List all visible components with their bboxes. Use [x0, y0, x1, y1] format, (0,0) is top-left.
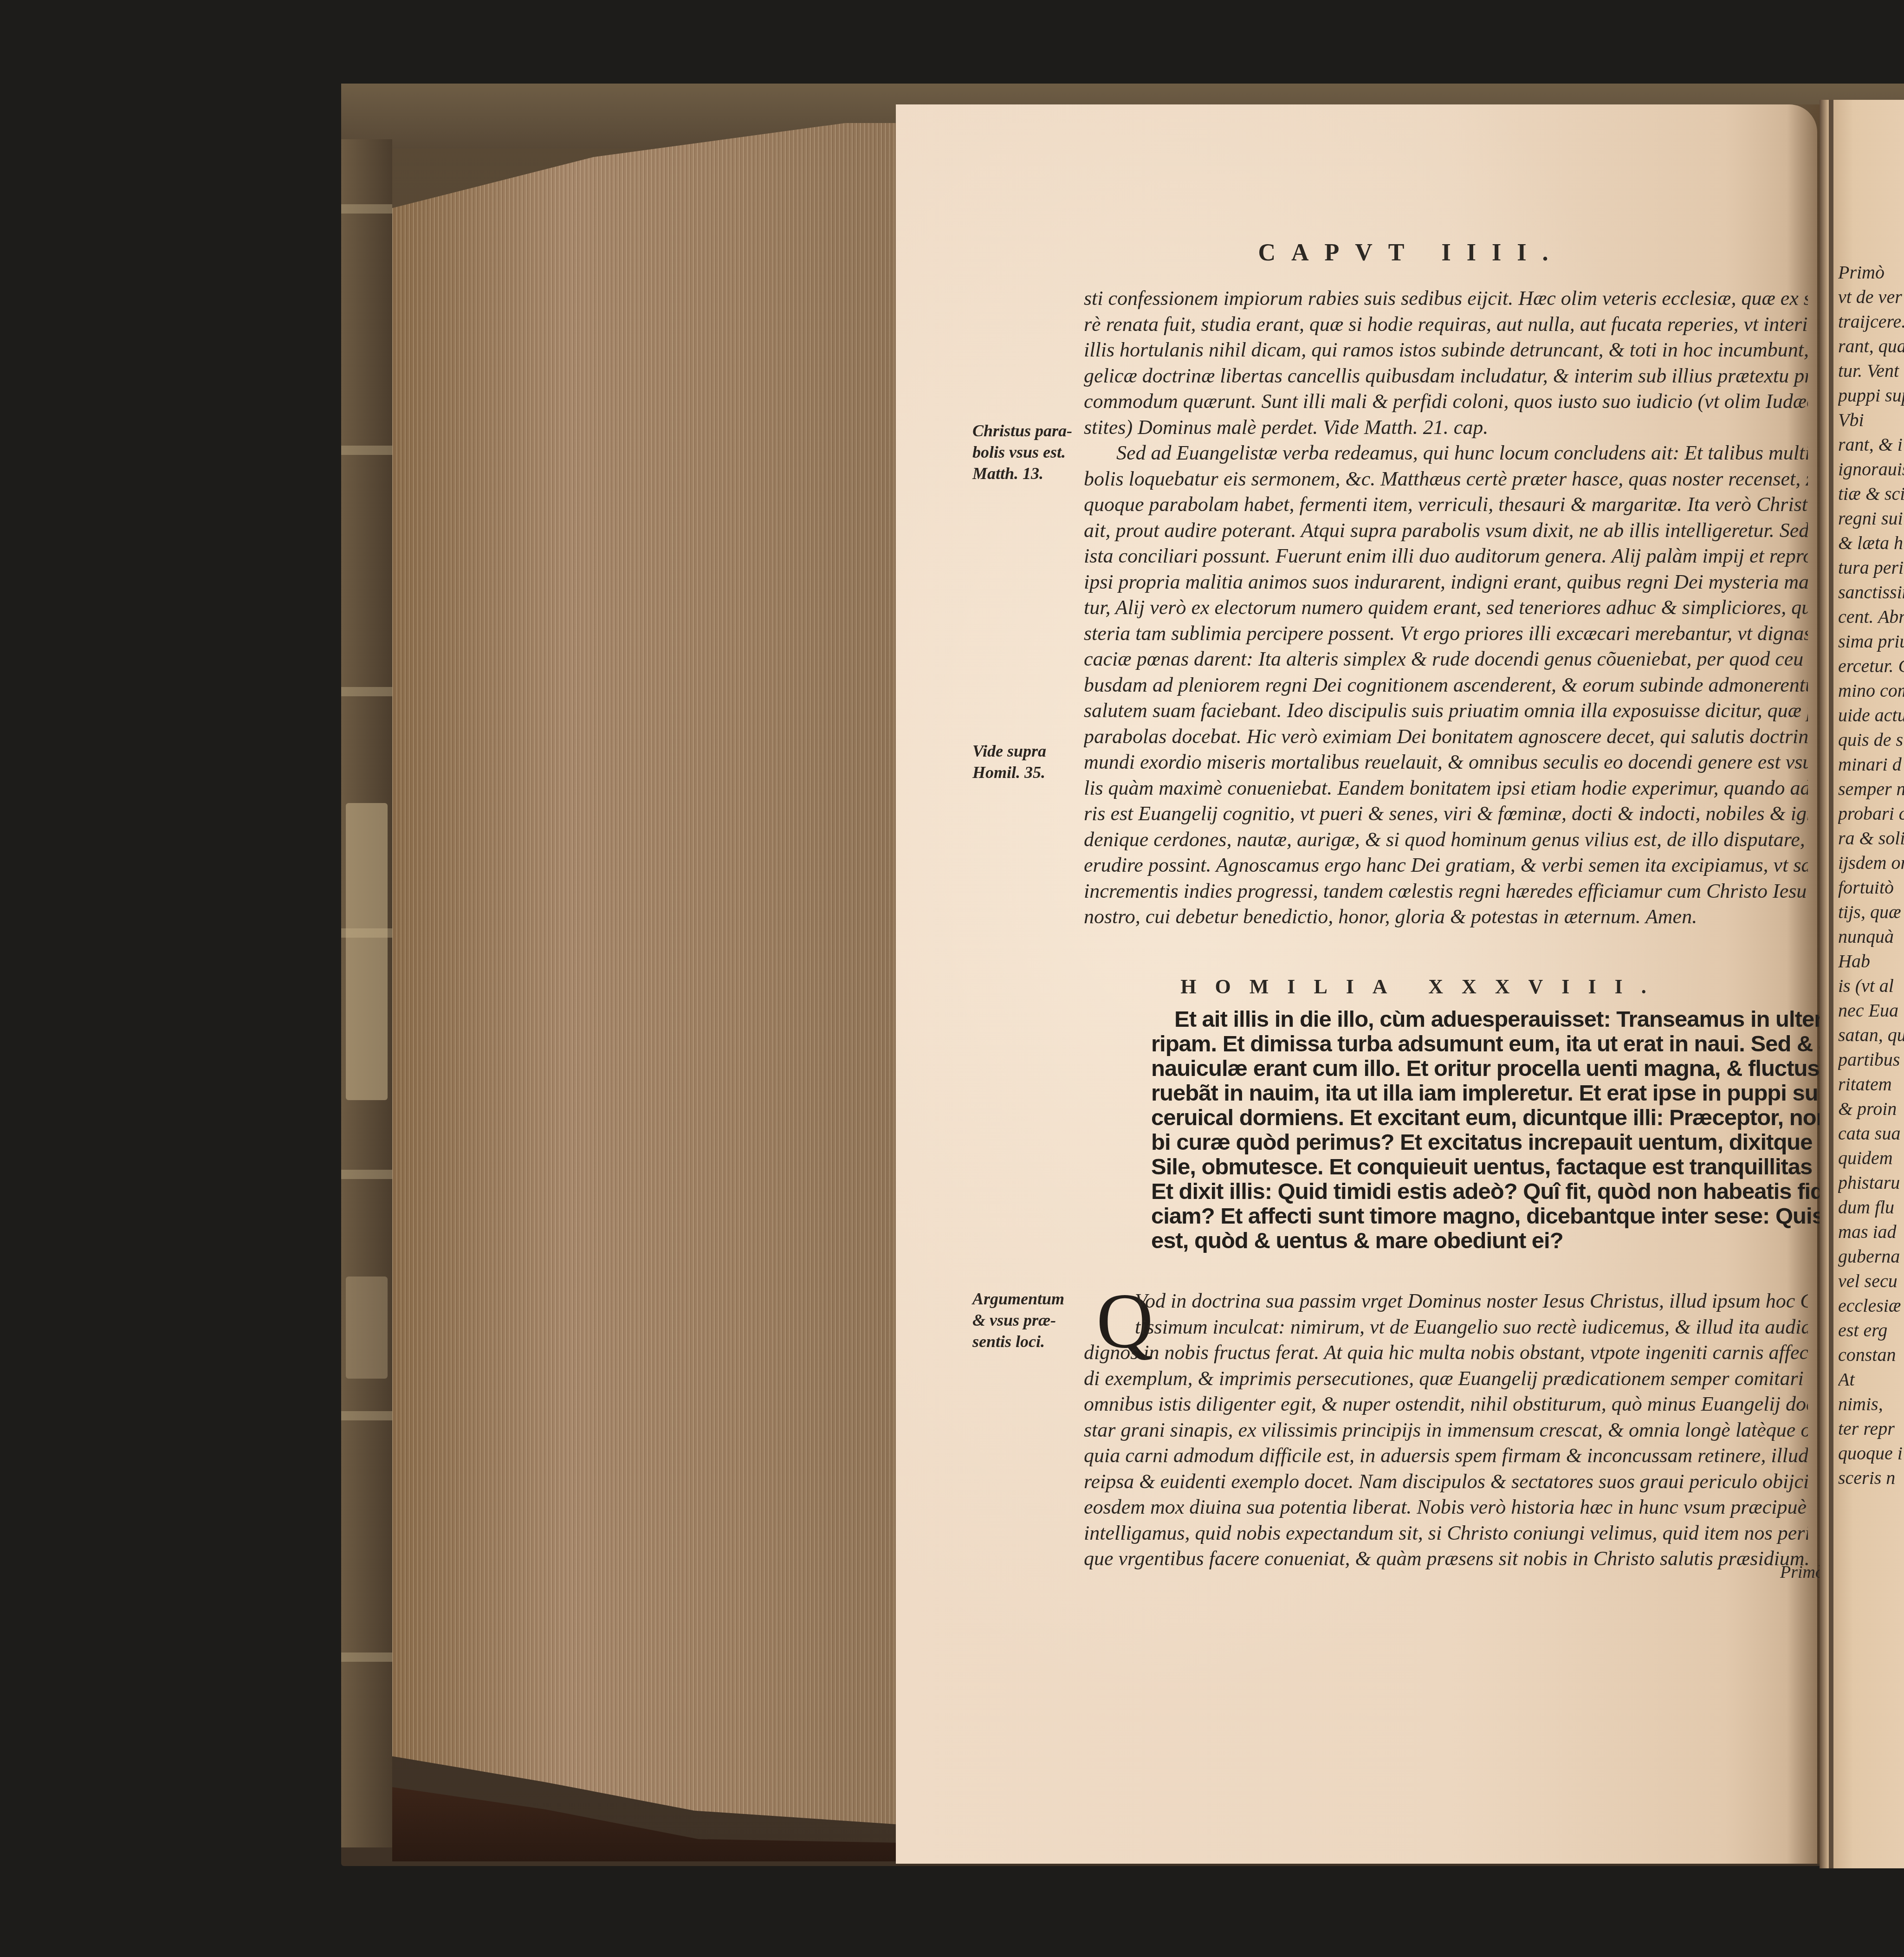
text-line: stites) Dominus malè perdet. Vide Matth.…: [1084, 415, 1808, 441]
worn-leather-patch: [346, 1277, 388, 1379]
facing-page-line: minari d: [1838, 752, 1904, 777]
facing-page-line: & proin: [1838, 1096, 1904, 1121]
facing-page-line: rant, & i: [1838, 432, 1904, 457]
facing-page-line: partibus: [1838, 1047, 1904, 1072]
facing-page-line: rant, qua: [1838, 334, 1904, 358]
facing-page-line: cata sua: [1838, 1121, 1904, 1146]
running-header: CAPVT IIII.: [1133, 239, 1690, 266]
scripture-line: ceruical dormiens. Et excitant eum, dicu…: [1151, 1106, 1801, 1130]
margin-note-argumentum: Argumentum & vsus præ- sentis loci.: [972, 1288, 1079, 1352]
facing-page-line: probari c: [1838, 801, 1904, 826]
facing-page-line: est erg: [1838, 1318, 1904, 1342]
facing-page-line: tiæ & sci: [1838, 481, 1904, 506]
text-line: dignos in nobis fructus ferat. At quia h…: [1084, 1340, 1808, 1366]
facing-page-line: sima priu: [1838, 629, 1904, 654]
text-line: lis quàm maximè conueniebat. Eandem boni…: [1084, 775, 1808, 801]
facing-page-line: ijsdem or: [1838, 850, 1904, 875]
scripture-line: ruebãt in nauim, ita ut illa iam implere…: [1151, 1081, 1801, 1106]
homily-title: HOMILIA XXXVIII.: [1133, 975, 1713, 998]
text-line: erudire possint. Agnoscamus ergo hanc De…: [1084, 852, 1808, 878]
facing-page-line: ignorauis: [1838, 457, 1904, 481]
page-stack-fore-edge: [392, 123, 896, 1824]
facing-page-line: sceris n: [1838, 1465, 1904, 1490]
margin-note-vide-supra: Vide supra Homil. 35.: [972, 740, 1079, 783]
text-line: parabolas docebat. Hic verò eximiam Dei …: [1084, 724, 1808, 750]
facing-page-line: vt de ver: [1838, 285, 1904, 309]
text-line: commodum quærunt. Sunt illi mali & perfi…: [1084, 389, 1808, 415]
scripture-line: est, quòd & uentus & mare obediunt ei?: [1151, 1229, 1801, 1253]
text-line: quia carni admodum difficile est, in adu…: [1084, 1443, 1808, 1469]
text-line: sti confessionem impiorum rabies suis se…: [1084, 285, 1808, 311]
facing-page-line: satan, qu: [1838, 1023, 1904, 1047]
text-line: illis hortulanis nihil dicam, qui ramos …: [1084, 337, 1808, 363]
text-line: rè renata fuit, studia erant, quæ si hod…: [1084, 311, 1808, 337]
text-line: star grani sinapis, ex vilissimis princi…: [1084, 1417, 1808, 1443]
second-paragraph: Sed ad Euangelistæ verba redeamus, qui h…: [1084, 440, 1808, 930]
margin-note-line: Matth. 13.: [972, 463, 1079, 484]
facing-page-line: mino com: [1838, 678, 1904, 703]
facing-page-line: quoque i: [1838, 1441, 1904, 1465]
facing-page-line: cent. Abr: [1838, 604, 1904, 629]
facing-page-line: semper n: [1838, 777, 1904, 801]
text-line: ista conciliari possunt. Fuerunt enim il…: [1084, 543, 1808, 569]
margin-note-line: Homil. 35.: [972, 762, 1079, 783]
text-line: omnibus istis diligenter egit, & nuper o…: [1084, 1391, 1808, 1417]
facing-page-text: Primòvt de vertraijcere.rant, quatur. Ve…: [1838, 260, 1904, 1490]
scripture-line: ripam. Et dimissa turba adsumunt eum, it…: [1151, 1032, 1801, 1056]
scripture-line: bi curæ quòd perimus? Et excitatus incre…: [1151, 1130, 1801, 1155]
facing-page-line: traijcere.: [1838, 309, 1904, 334]
scripture-line: Sile, obmutesce. Et conquieuit uentus, f…: [1151, 1155, 1801, 1179]
facing-page-line: ra & soli: [1838, 826, 1904, 850]
facing-page-line: ecclesiæ: [1838, 1293, 1904, 1318]
facing-page-line: ritatem: [1838, 1072, 1904, 1096]
scripture-line: nauiculæ erant cum illo. Et oritur proce…: [1151, 1056, 1801, 1081]
scripture-line: Et ait illis in die illo, cùm aduesperau…: [1151, 1007, 1801, 1032]
facing-page-line: At: [1838, 1367, 1904, 1392]
text-line: Sed ad Euangelistæ verba redeamus, qui h…: [1084, 440, 1808, 466]
text-line: que vrgentibus facere conueniat, & quàm …: [1084, 1546, 1808, 1572]
facing-page-line: sanctissim: [1838, 580, 1904, 604]
text-line: mundi exordio miseris mortalibus reuelau…: [1084, 749, 1808, 775]
facing-page-line: tijs, quæ: [1838, 900, 1904, 924]
facing-page-line: constan: [1838, 1342, 1904, 1367]
text-line: caciæ pœnas darent: Ita alteris simplex …: [1084, 646, 1808, 672]
facing-page-line: & læta h: [1838, 531, 1904, 555]
text-line: nostro, cui debetur benedictio, honor, g…: [1084, 904, 1808, 930]
margin-note-line: & vsus præ-: [972, 1309, 1079, 1331]
text-line: Vod in doctrina sua passim vrget Dominus…: [1084, 1288, 1808, 1314]
text-line: quoque parabolam habet, fermenti item, v…: [1084, 492, 1808, 518]
cover-spine-edge: [341, 139, 392, 1847]
scripture-line: Et dixit illis: Quid timidi estis adeò? …: [1151, 1179, 1801, 1204]
text-line: ris est Euangelij cognitio, vt pueri & s…: [1084, 801, 1808, 827]
text-line: ait, prout audire poterant. Atqui supra …: [1084, 518, 1808, 544]
text-line: reipsa & euidenti exemplo docet. Nam dis…: [1084, 1469, 1808, 1495]
facing-page-line: Vbi: [1838, 408, 1904, 432]
text-line: di exemplum, & imprimis persecutiones, q…: [1084, 1366, 1808, 1392]
text-line: salutem suam faciebant. Ideo discipulis …: [1084, 698, 1808, 724]
margin-note-line: Christus para-: [972, 420, 1079, 441]
facing-page-line: Primò: [1838, 260, 1904, 285]
facing-page-line: phistaru: [1838, 1170, 1904, 1195]
margin-note-line: bolis vsus est.: [972, 441, 1079, 463]
facing-page-line: guberna: [1838, 1244, 1904, 1269]
text-line: ipsi propria malitia animos suos indurar…: [1084, 569, 1808, 595]
facing-page-line: puppi sup: [1838, 383, 1904, 408]
text-line: eosdem mox diuina sua potentia liberat. …: [1084, 1494, 1808, 1520]
facing-page-line: ter repr: [1838, 1416, 1904, 1441]
text-line: gelicæ doctrinæ libertas cancellis quibu…: [1084, 363, 1808, 389]
facing-page-line: nunquà: [1838, 924, 1904, 949]
text-line: intelligamus, quid nobis expectandum sit…: [1084, 1520, 1808, 1546]
text-line: tur, Alij verò ex electorum numero quide…: [1084, 595, 1808, 621]
text-line: incrementis indies progressi, tandem cœl…: [1084, 878, 1808, 904]
margin-note-line: sentis loci.: [972, 1331, 1079, 1352]
facing-page-crease: [1829, 100, 1833, 1868]
top-paragraph: sti confessionem impiorum rabies suis se…: [1084, 285, 1808, 440]
margin-note-line: Vide supra: [972, 740, 1079, 762]
text-line: denique cerdones, nautæ, aurigæ, & si qu…: [1084, 827, 1808, 853]
facing-page-line: is (vt al: [1838, 973, 1904, 998]
homily-paragraph: Vod in doctrina sua passim vrget Dominus…: [1084, 1288, 1808, 1572]
worn-leather-patch: [346, 803, 388, 1100]
scripture-line: ciam? Et affecti sunt timore magno, dice…: [1151, 1204, 1801, 1229]
facing-page-line: quis de s: [1838, 727, 1904, 752]
margin-note-christus-parabolis: Christus para- bolis vsus est. Matth. 13…: [972, 420, 1079, 484]
facing-page-line: tur. Vent: [1838, 358, 1904, 383]
facing-page-line: nimis,: [1838, 1392, 1904, 1416]
margin-note-line: Argumentum: [972, 1288, 1079, 1309]
facing-page-line: fortuitò: [1838, 875, 1904, 900]
text-line: bolis loquebatur eis sermonem, &c. Matth…: [1084, 466, 1808, 492]
facing-page-line: uide actu: [1838, 703, 1904, 727]
facing-page-line: vel secu: [1838, 1269, 1904, 1293]
facing-page-line: Hab: [1838, 949, 1904, 973]
text-line: steria tam sublimia percipere possent. V…: [1084, 621, 1808, 647]
text-line: tissimum inculcat: nimirum, vt de Euange…: [1084, 1314, 1808, 1340]
facing-page-line: dum flu: [1838, 1195, 1904, 1219]
facing-page-line: tura peri: [1838, 555, 1904, 580]
facing-page-line: ercetur. C: [1838, 654, 1904, 678]
facing-page-line: regni sui: [1838, 506, 1904, 531]
scripture-passage: Et ait illis in die illo, cùm aduesperau…: [1151, 1007, 1801, 1253]
facing-page-line: nec Eua: [1838, 998, 1904, 1023]
text-line: busdam ad pleniorem regni Dei cognitione…: [1084, 672, 1808, 698]
facing-page-line: quidem: [1838, 1146, 1904, 1170]
facing-page-line: mas iad: [1838, 1219, 1904, 1244]
catchword: Primò: [1780, 1562, 1824, 1582]
